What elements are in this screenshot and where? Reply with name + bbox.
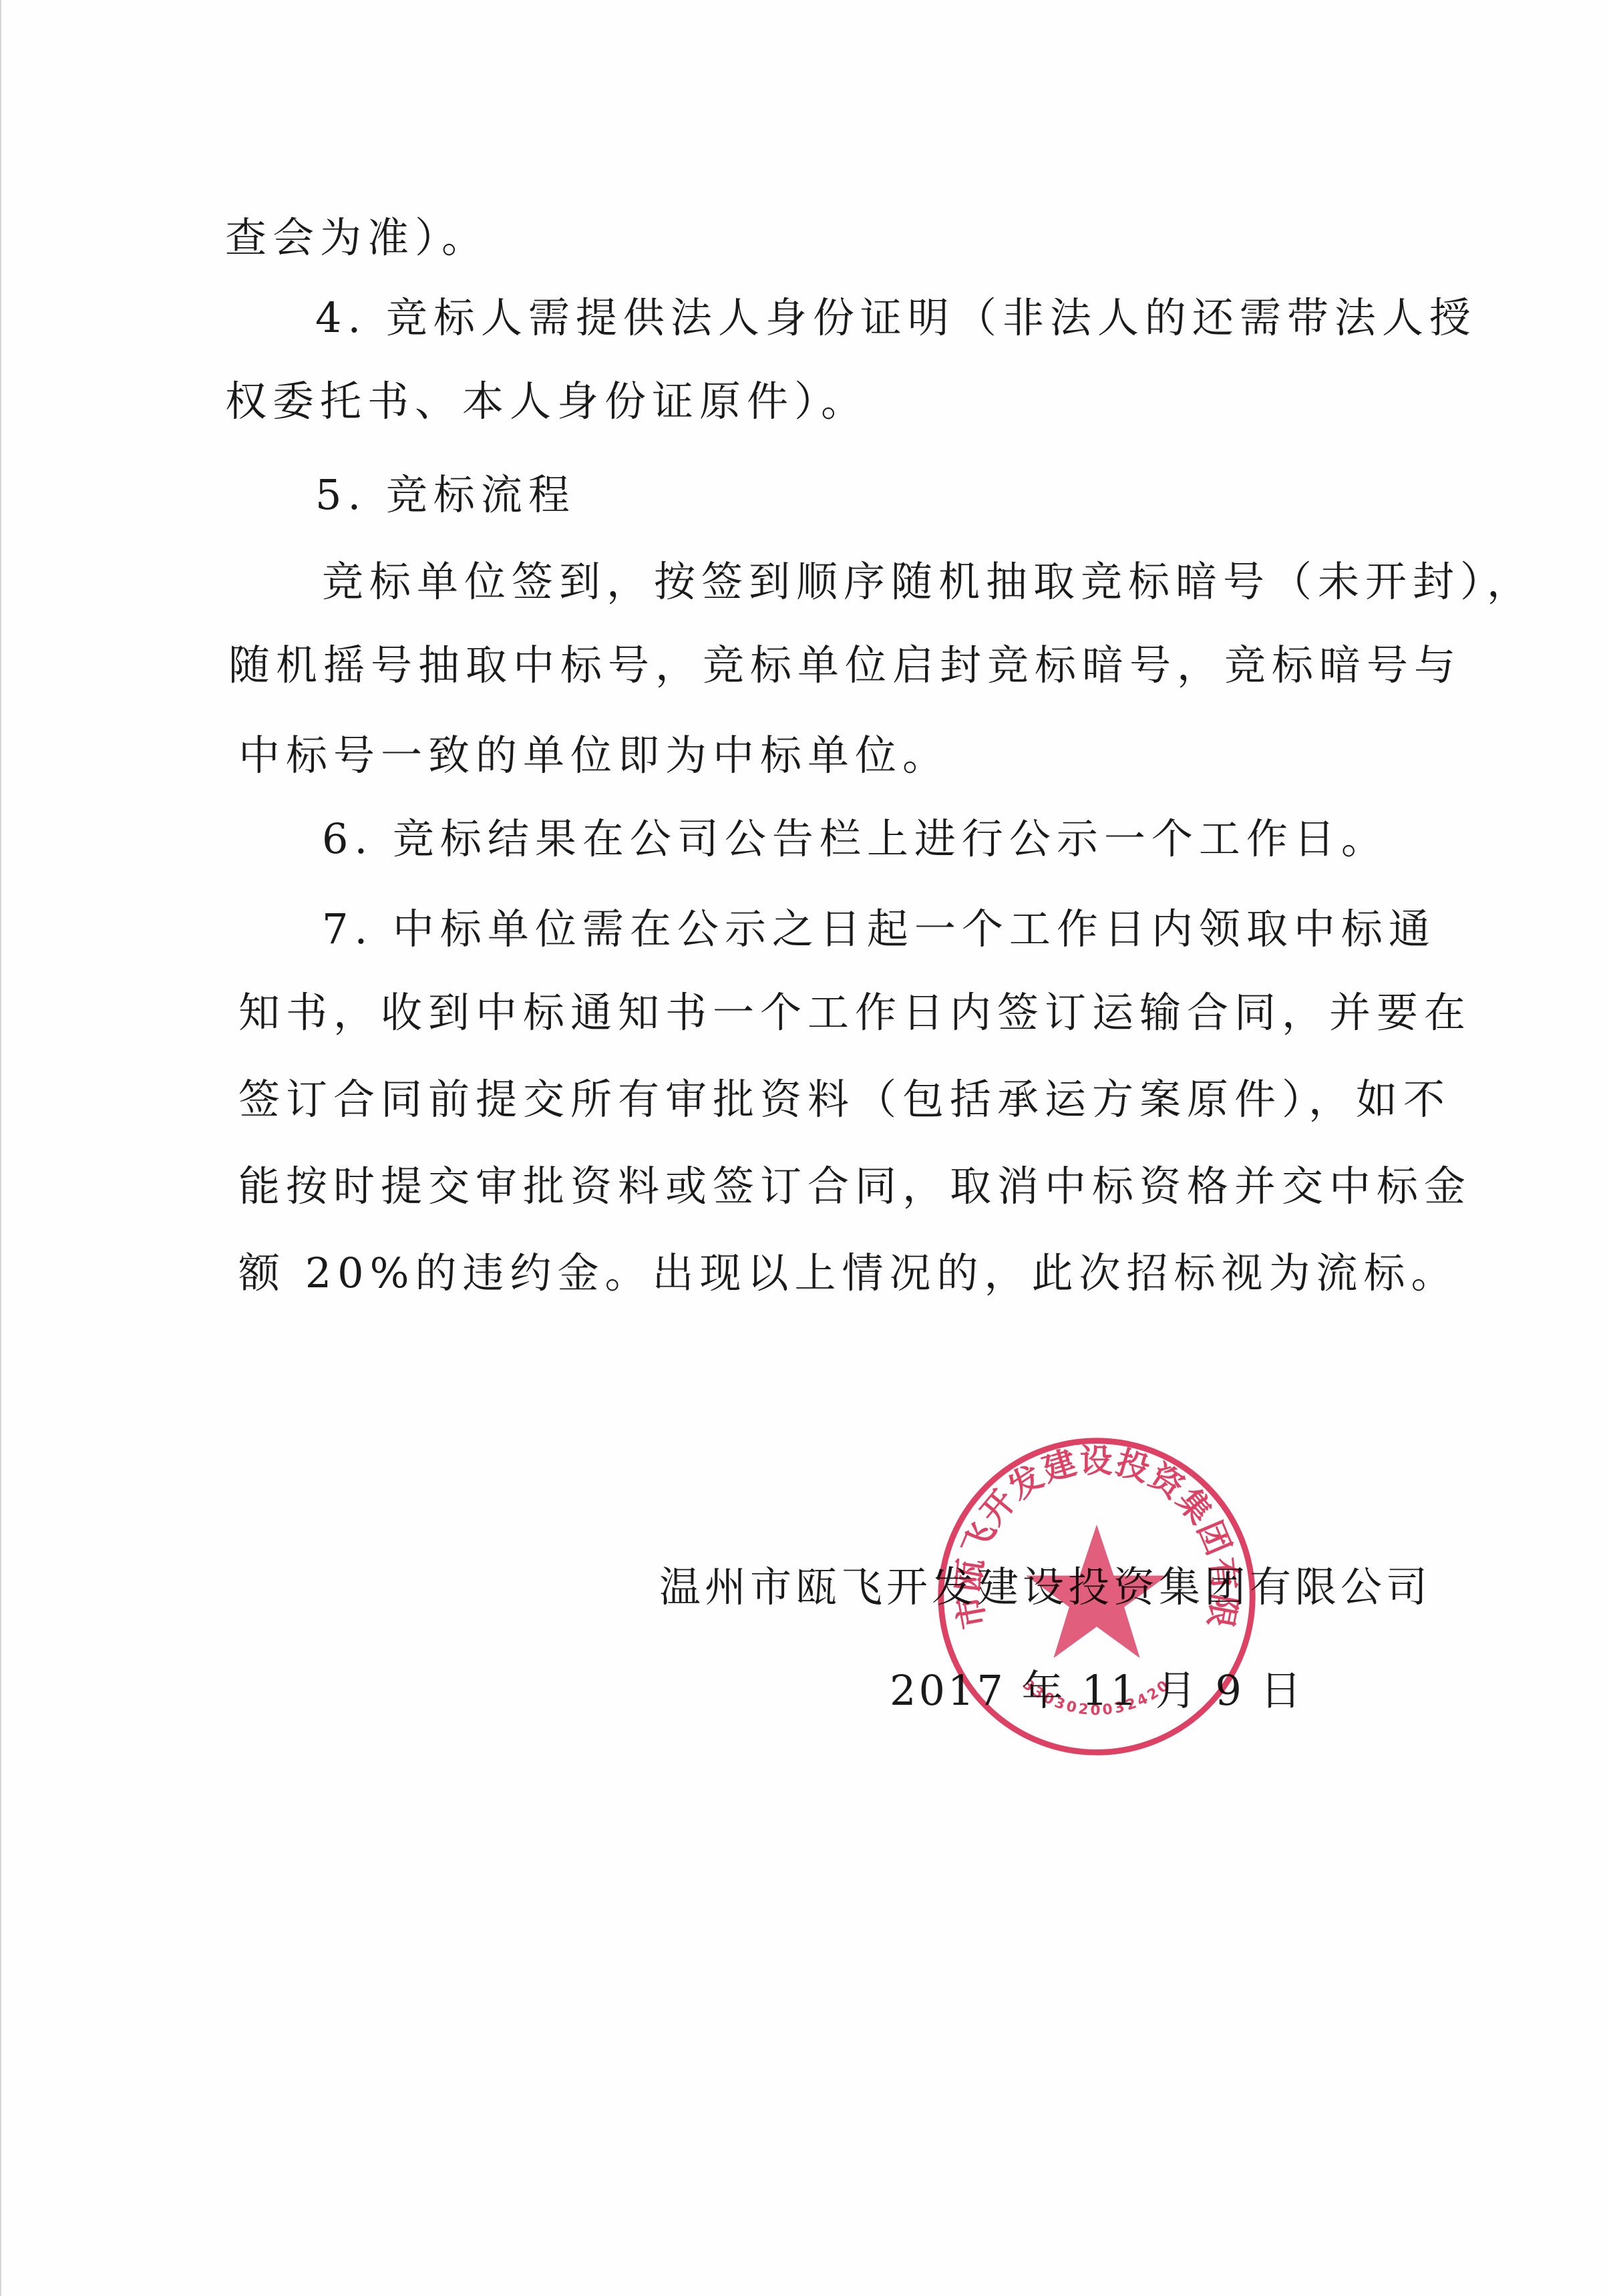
item-5-heading: 5. 竞标流程: [315, 474, 576, 516]
paragraph-line: 查会为准）。: [225, 217, 489, 259]
item-7-line: 签订合同前提交所有审批资料（包括承运方案原件），如不: [238, 1079, 1451, 1120]
seal-icon: 温州市瓯飞开发建设投资集团有限公司 3303020032420: [933, 1433, 1260, 1760]
item-6-line: 6. 竞标结果在公司公告栏上进行公示一个工作日。: [322, 818, 1389, 860]
svg-text:3303020032420: 3303020032420: [1019, 1676, 1174, 1719]
item-5-body-line: 随机摇号抽取中标号，竞标单位启封竞标暗号，竞标暗号与: [228, 645, 1461, 686]
company-seal: 温州市瓯飞开发建设投资集团有限公司 3303020032420: [933, 1433, 1260, 1760]
item-4-line: 4. 竞标人需提供法人身份证明（非法人的还需带法人授: [315, 297, 1477, 339]
item-7-line: 能按时提交审批资料或签订合同，取消中标资格并交中标金: [238, 1166, 1471, 1207]
item-5-body-line: 竞标单位签到，按签到顺序随机抽取竞标暗号（未开封），: [322, 561, 1534, 603]
item-4-continuation: 权委托书、本人身份证原件）。: [225, 381, 868, 422]
item-7-line: 7. 中标单位需在公示之日起一个工作日内领取中标通: [322, 909, 1436, 950]
item-5-body-line: 中标号一致的单位即为中标单位。: [238, 735, 950, 776]
scanned-document-page: 查会为准）。 4. 竞标人需提供法人身份证明（非法人的还需带法人授 权委托书、本…: [0, 0, 1609, 2296]
item-7-line: 额 20%的违约金。出现以上情况的，此次招标视为流标。: [238, 1253, 1459, 1294]
item-7-line: 知书，收到中标通知书一个工作日内签订运输合同，并要在: [238, 992, 1471, 1033]
seal-star-icon: [1026, 1524, 1168, 1658]
